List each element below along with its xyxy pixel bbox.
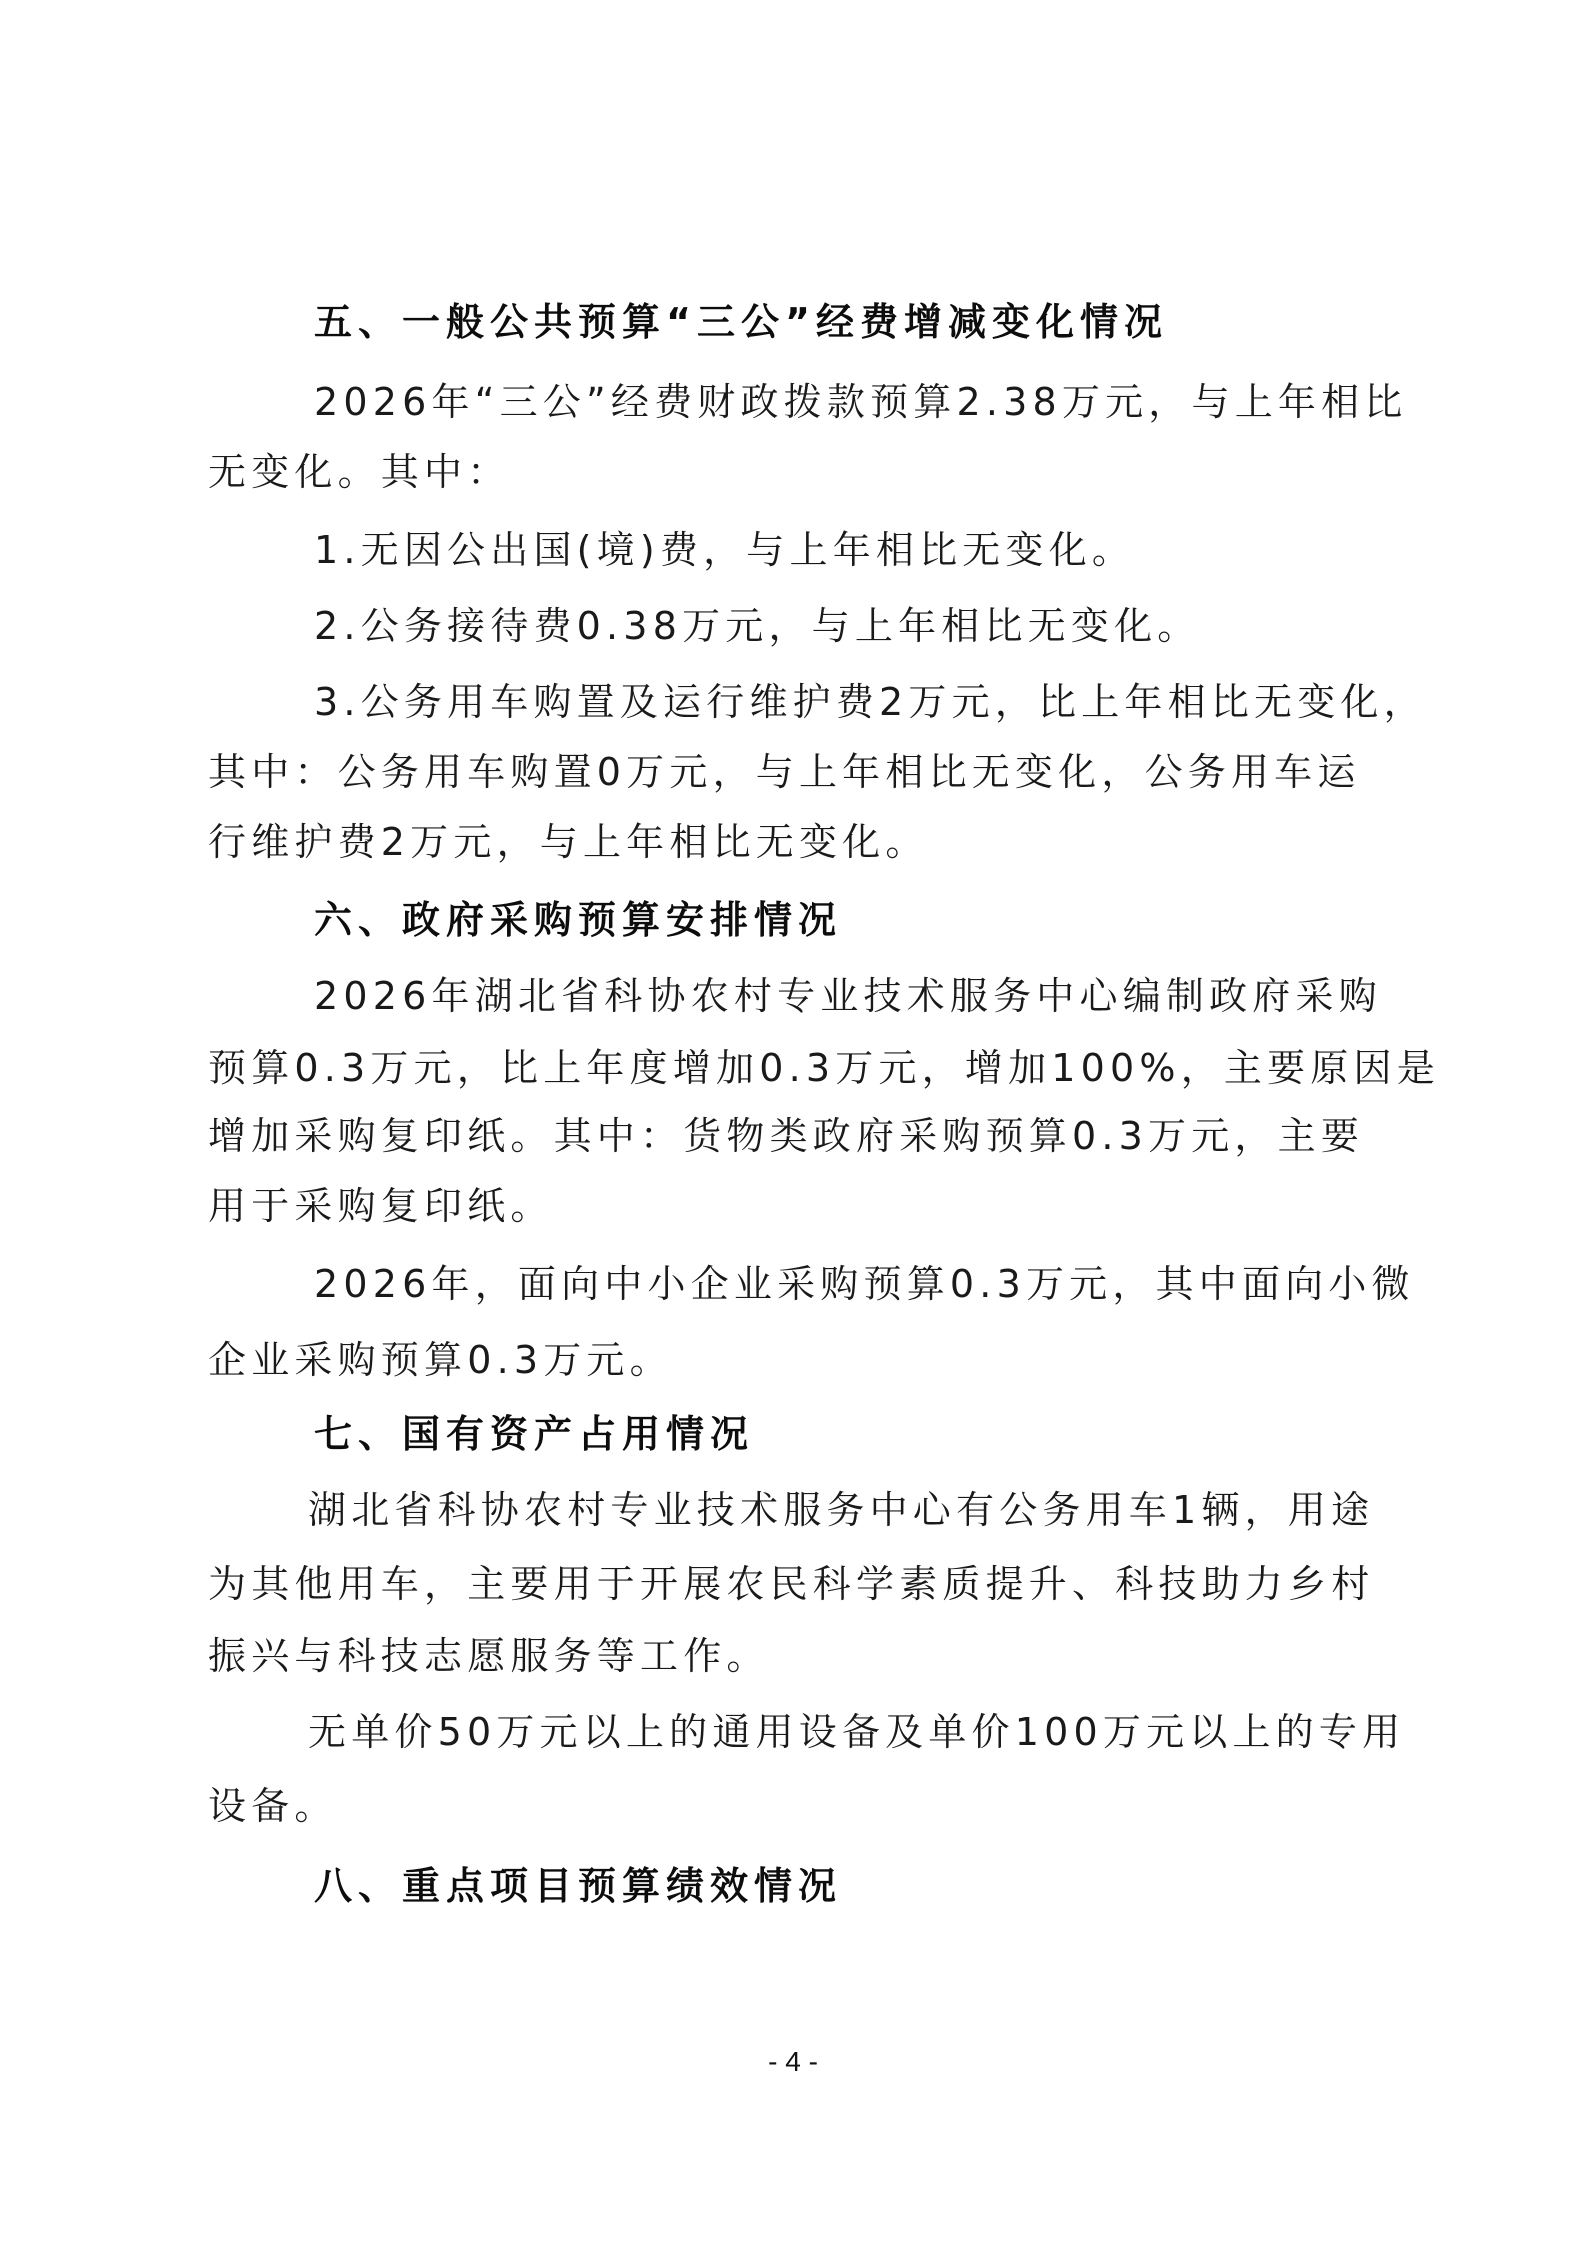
- paragraph-line: 无单价50万元以上的通用设备及单价100万元以上的专用: [308, 1702, 1405, 1762]
- list-item-2: 2.公务接待费0.38万元，与上年相比无变化。: [314, 596, 1200, 656]
- paragraph-line: 2026年“三公”经费财政拨款预算2.38万元，与上年相比: [314, 372, 1408, 432]
- paragraph-line: 用于采购复印纸。: [208, 1176, 554, 1236]
- paragraph-line: 增加采购复印纸。其中：货物类政府采购预算0.3万元，主要: [208, 1106, 1364, 1166]
- paragraph-line: 为其他用车，主要用于开展农民科学素质提升、科技助力乡村: [208, 1554, 1374, 1614]
- paragraph-line: 无变化。其中：: [208, 442, 510, 502]
- section-heading-5: 五、一般公共预算“三公”经费增减变化情况: [314, 292, 1168, 352]
- section-heading-6: 六、政府采购预算安排情况: [314, 890, 842, 950]
- paragraph-line: 设备。: [208, 1776, 338, 1836]
- document-page: 五、一般公共预算“三公”经费增减变化情况 2026年“三公”经费财政拨款预算2.…: [0, 0, 1586, 2245]
- paragraph-line: 企业采购预算0.3万元。: [208, 1330, 673, 1390]
- paragraph-line: 行维护费2万元，与上年相比无变化。: [208, 812, 929, 872]
- paragraph-line: 振兴与科技志愿服务等工作。: [208, 1626, 770, 1686]
- paragraph-line: 预算0.3万元，比上年度增加0.3万元，增加100%，主要原因是: [208, 1038, 1440, 1098]
- paragraph-line: 湖北省科协农村专业技术服务中心有公务用车1辆，用途: [308, 1480, 1374, 1540]
- paragraph-line: 2026年，面向中小企业采购预算0.3万元，其中面向小微: [314, 1254, 1415, 1314]
- section-heading-8: 八、重点项目预算绩效情况: [314, 1856, 842, 1916]
- page-number: - 4 -: [0, 2044, 1586, 2080]
- paragraph-line: 其中：公务用车购置0万元，与上年相比无变化，公务用车运: [208, 742, 1361, 802]
- list-item-1: 1.无因公出国(境)费，与上年相比无变化。: [314, 520, 1135, 580]
- section-heading-7: 七、国有资产占用情况: [314, 1404, 754, 1464]
- paragraph-line: 2026年湖北省科协农村专业技术服务中心编制政府采购: [314, 966, 1382, 1026]
- list-item-3: 3.公务用车购置及运行维护费2万元，比上年相比无变化，: [314, 672, 1427, 732]
